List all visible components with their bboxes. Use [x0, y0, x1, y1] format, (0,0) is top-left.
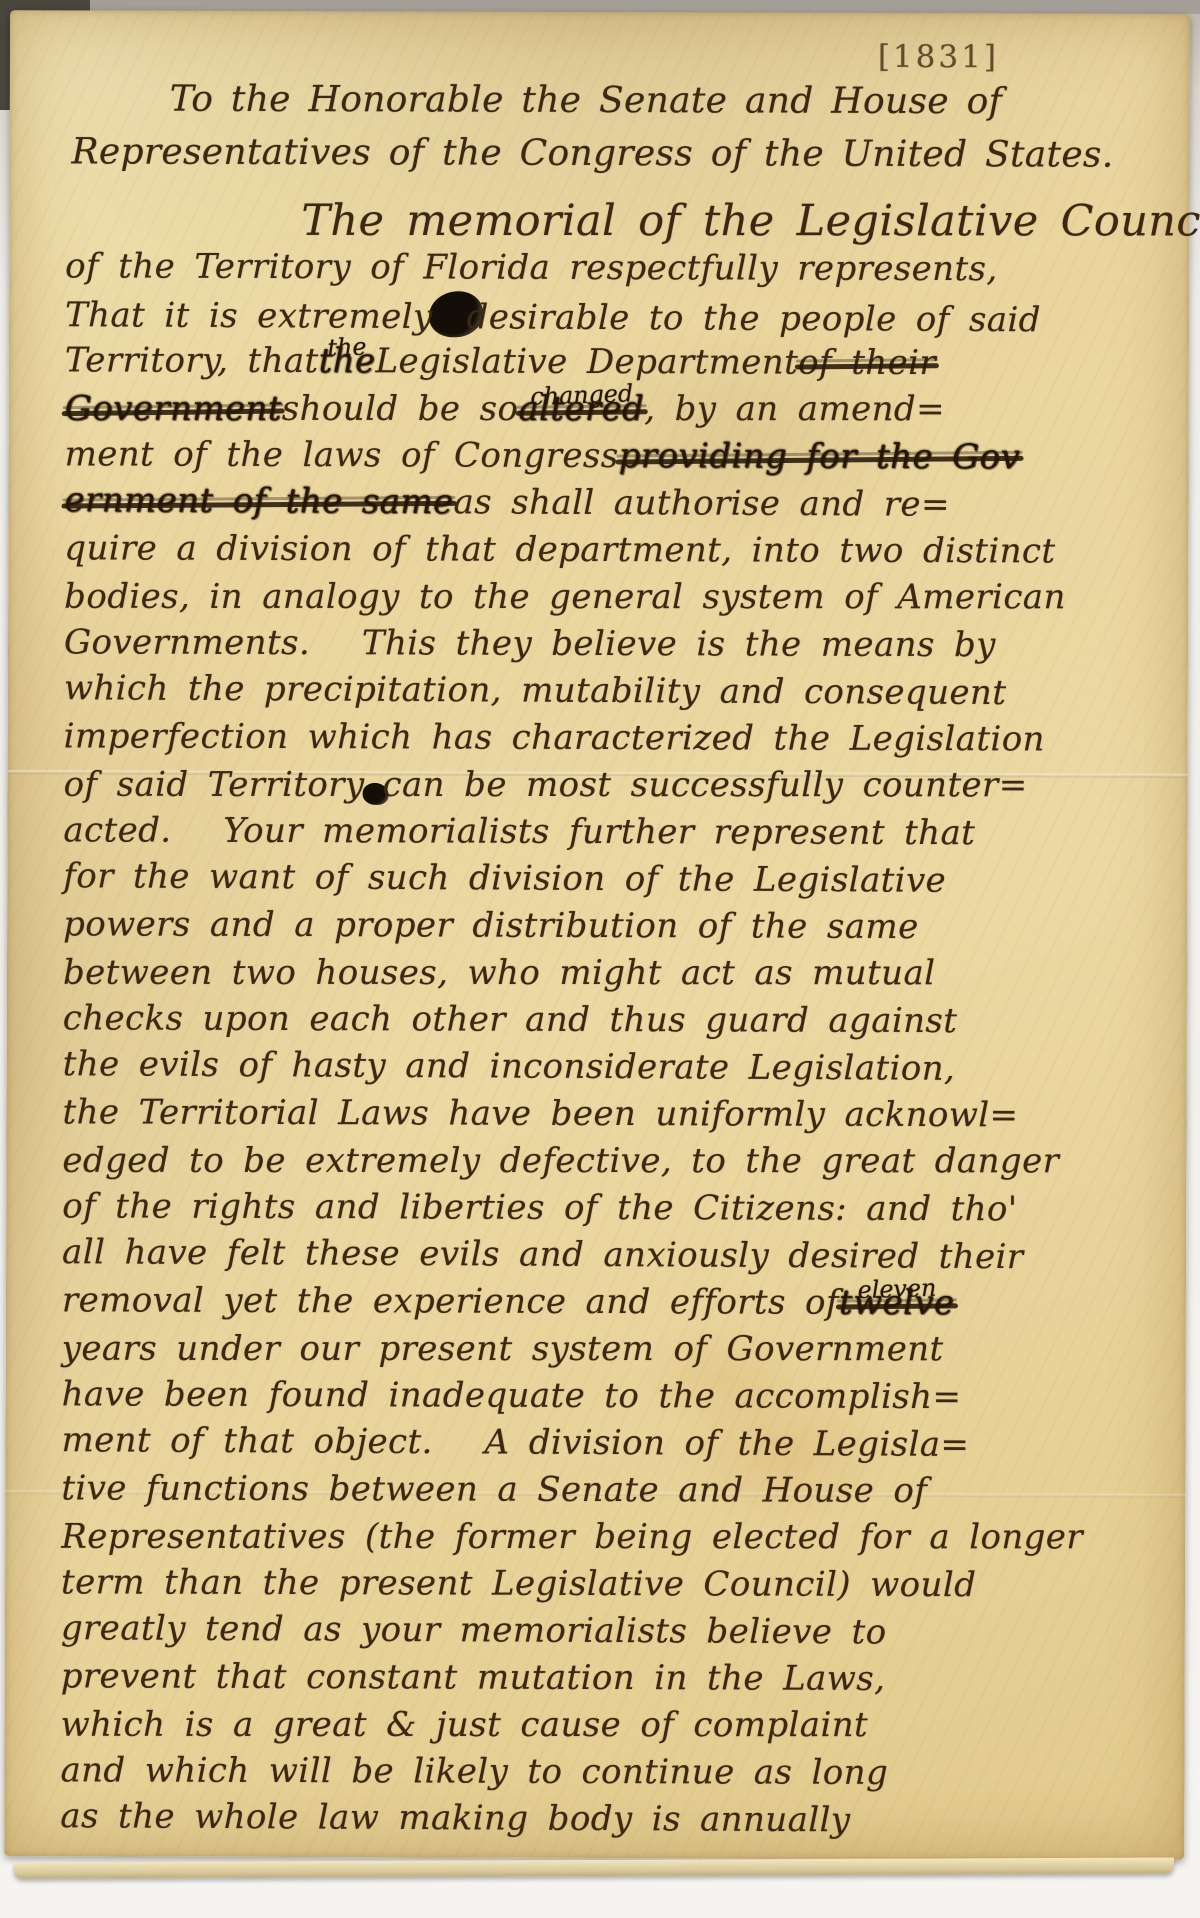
manuscript-text: thethe	[319, 338, 376, 385]
manuscript-line: acted. Your memorialists further represe…	[63, 807, 1167, 857]
manuscript-line: years under our present system of Govern…	[62, 1326, 1166, 1374]
manuscript-line: greatly tend as your memorialists believ…	[61, 1605, 1165, 1658]
manuscript-text: bodies, in analogy to the general system…	[64, 574, 1066, 622]
paper-bottom-edge	[14, 1857, 1174, 1878]
salutation-line: To the Honorable the Senate and House of	[72, 72, 1160, 128]
manuscript-line: Governments. This they believe is the me…	[64, 619, 1168, 669]
struck-text: twelveeleven	[839, 1280, 955, 1327]
manuscript-text: desirable to the people of said	[466, 294, 1041, 344]
manuscript-text: tive functions between a Senate and Hous…	[61, 1465, 927, 1515]
manuscript-line: of the rights and liberties of the Citiz…	[62, 1183, 1166, 1233]
manuscript-text: the evils of hasty and inconsiderate Leg…	[63, 1041, 956, 1093]
manuscript-line: checks upon each other and thus guard ag…	[63, 995, 1167, 1045]
manuscript-text: for the want of such division of the Leg…	[63, 853, 946, 905]
manuscript-line: bodies, in analogy to the general system…	[64, 574, 1168, 622]
manuscript-text: checks upon each other and thus guard ag…	[63, 995, 958, 1045]
manuscript-page: [1831] To the Honorable the Senate and H…	[4, 10, 1190, 1860]
manuscript-line: between two houses, who might act as mut…	[63, 950, 1167, 998]
manuscript-line: Government should be so alteredchanged, …	[65, 386, 1169, 434]
manuscript-text: of the Territory of Florida respectfully…	[65, 243, 998, 293]
struck-text: ernment of the same	[64, 477, 453, 526]
manuscript-text: Governments. This they believe is the me…	[64, 619, 996, 669]
manuscript-text: prevent that constant mutation in the La…	[61, 1653, 886, 1703]
interlineation: the	[327, 323, 367, 371]
manuscript-line: for the want of such division of the Leg…	[63, 853, 1167, 906]
manuscript-line: quire a division of that department, int…	[64, 525, 1168, 575]
manuscript-text: should be so	[282, 386, 519, 433]
manuscript-text: removal yet the experience and efforts o…	[62, 1277, 839, 1326]
manuscript-text: acted. Your memorialists further represe…	[63, 807, 975, 857]
manuscript-text: and which will be likely to continue as …	[60, 1747, 888, 1797]
manuscript-line: term than the present Legislative Counci…	[61, 1559, 1165, 1609]
salutation: To the Honorable the Senate and House of…	[71, 72, 1159, 181]
manuscript-line: of said Territory can be most successful…	[64, 762, 1168, 810]
manuscript-line: edged to be extremely defective, to the …	[62, 1138, 1166, 1186]
manuscript-line: as the whole law making body is annually	[60, 1793, 1164, 1846]
manuscript-text: Representatives (the former being electe…	[61, 1514, 1083, 1562]
interlineation: eleven	[857, 1264, 937, 1313]
manuscript-line: tive functions between a Senate and Hous…	[61, 1465, 1165, 1515]
manuscript-text: edged to be extremely defective, to the …	[62, 1138, 1059, 1186]
manuscript-line: ment of the laws of Congress providing f…	[65, 431, 1169, 481]
manuscript-text: term than the present Legislative Counci…	[61, 1559, 976, 1609]
manuscript-text: years under our present system of Govern…	[62, 1326, 944, 1373]
manuscript-text: Territory, that	[65, 337, 319, 385]
manuscript-line: the evils of hasty and inconsiderate Leg…	[63, 1041, 1167, 1094]
manuscript-text: of said Territory	[64, 762, 365, 809]
manuscript-line: all have felt these evils and anxiously …	[62, 1229, 1166, 1282]
struck-text: Government	[65, 386, 282, 433]
manuscript-line: prevent that constant mutation in the La…	[61, 1653, 1165, 1703]
manuscript-line: which is a great & just cause of complai…	[61, 1702, 1165, 1750]
salutation-line: Representatives of the Congress of the U…	[71, 125, 1159, 181]
manuscript-text: the Territorial Laws have been uniformly…	[62, 1089, 1018, 1139]
manuscript-text: have been found inadequate to the accomp…	[62, 1371, 962, 1421]
manuscript-line: which the precipitation, mutability and …	[64, 665, 1168, 718]
year-annotation: [1831]	[878, 39, 999, 75]
struck-text: alteredchanged	[518, 386, 644, 433]
manuscript-line: removal yet the experience and efforts o…	[62, 1277, 1166, 1327]
manuscript-text: ment of that object. A division of the L…	[61, 1417, 969, 1469]
manuscript-line: That it is extremely desirable to the pe…	[65, 289, 1169, 342]
manuscript-text: The memorial of the Legislative Council	[183, 198, 1200, 246]
manuscript-text: quire a division of that department, int…	[64, 525, 1055, 575]
manuscript-text: imperfection which has characterized the…	[64, 713, 1045, 763]
manuscript-text: which is a great & just cause of complai…	[61, 1702, 869, 1749]
struck-text: of their	[798, 340, 936, 387]
manuscript-text: between two houses, who might act as mut…	[63, 950, 935, 997]
manuscript-text: powers and a proper distribution of the …	[63, 901, 919, 951]
manuscript-text: as the whole law making body is annually	[60, 1793, 850, 1844]
manuscript-line: ment of that object. A division of the L…	[61, 1417, 1165, 1470]
manuscript-text: which the precipitation, mutability and …	[64, 665, 1007, 717]
manuscript-line: imperfection which has characterized the…	[64, 713, 1168, 763]
manuscript-text: can be most successfully counter=	[383, 762, 1028, 809]
manuscript-line: have been found inadequate to the accomp…	[62, 1371, 1166, 1421]
manuscript-line: and which will be likely to continue as …	[60, 1747, 1164, 1797]
manuscript-text: ment of the laws of Congress	[65, 431, 619, 480]
manuscript-text: , by an amend=	[644, 386, 945, 433]
struck-text: providing for the Gov	[619, 433, 1021, 481]
manuscript-line: The memorial of the Legislative Council	[65, 198, 1169, 246]
manuscript-text: greatly tend as your memorialists believ…	[61, 1605, 887, 1656]
manuscript-text: as shall authorise and re=	[453, 479, 950, 529]
photograph-background: { "colors": { "paper": "#ead59e", "ink":…	[0, 0, 1200, 1918]
manuscript-line: the Territorial Laws have been uniformly…	[62, 1089, 1166, 1139]
manuscript-text: of the rights and liberties of the Citiz…	[62, 1183, 1017, 1233]
manuscript-body: The memorial of the Legislative Councilo…	[60, 196, 1169, 1844]
manuscript-line: powers and a proper distribution of the …	[63, 901, 1167, 951]
manuscript-line: of the Territory of Florida respectfully…	[65, 243, 1169, 293]
manuscript-line: ernment of the same as shall authorise a…	[64, 477, 1168, 530]
interlineation: changed	[529, 370, 633, 421]
manuscript-text: That it is extremely	[65, 292, 433, 341]
manuscript-line: Representatives (the former being electe…	[61, 1514, 1165, 1562]
